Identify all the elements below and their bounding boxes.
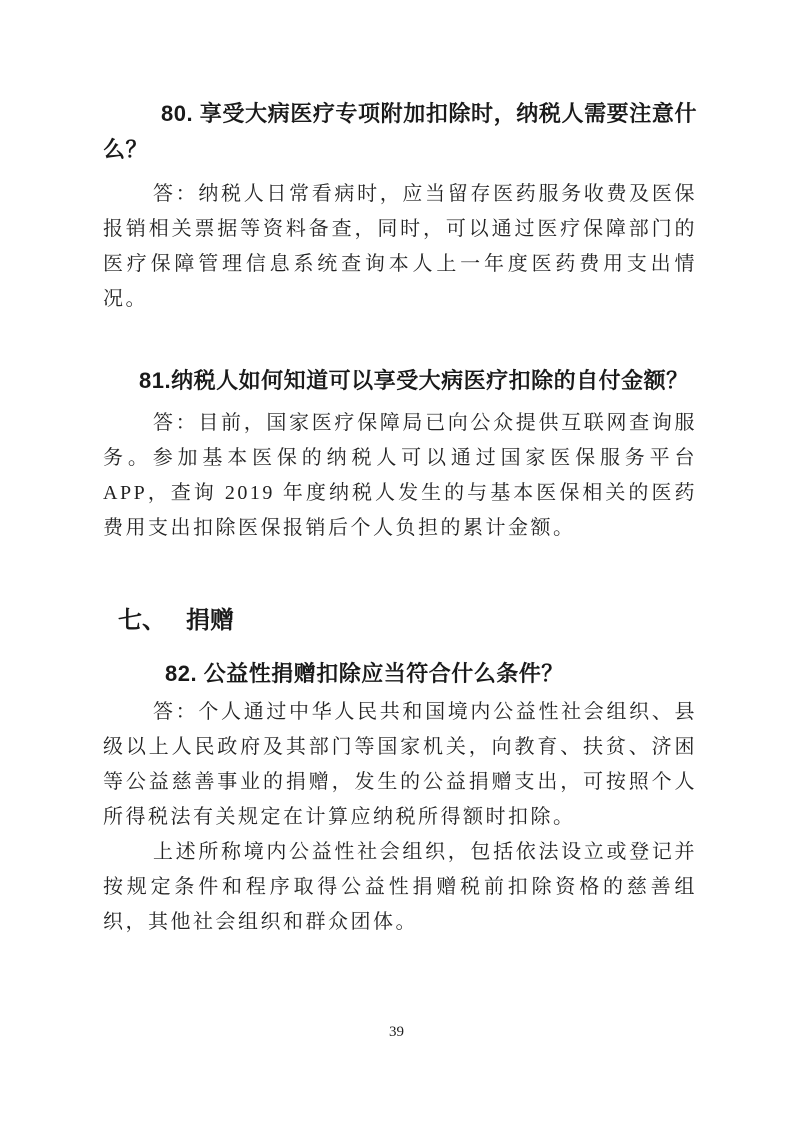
answer-82-paragraph-2: 上述所称境内公益性社会组织，包括依法设立或登记并按规定条件和程序取得公益性捐赠税… [103,835,697,940]
answer-82-paragraph-1: 答：个人通过中华人民共和国境内公益性社会组织、县级以上人民政府及其部门等国家机关… [103,695,697,835]
section-number: 七、 [118,607,166,634]
page-content: 80. 享受大病医疗专项附加扣除时，纳税人需要注意什么？ 答：纳税人日常看病时，… [103,0,697,940]
answer-81-paragraph: 答：目前，国家医疗保障局已向公众提供互联网查询服务。参加基本医保的纳税人可以通过… [103,406,697,546]
question-80-heading: 80. 享受大病医疗专项附加扣除时，纳税人需要注意什么？ [103,96,697,168]
section-heading-donations: 七、捐赠 [103,602,697,640]
document-page: 80. 享受大病医疗专项附加扣除时，纳税人需要注意什么？ 答：纳税人日常看病时，… [0,0,793,1122]
answer-80-paragraph: 答：纳税人日常看病时，应当留存医药服务收费及医保报销相关票据等资料备查，同时，可… [103,177,697,317]
section-title: 捐赠 [186,607,234,634]
question-81-heading: 81.纳税人如何知道可以享受大病医疗扣除的自付金额？ [103,363,697,399]
question-82-heading: 82. 公益性捐赠扣除应当符合什么条件？ [103,656,697,692]
page-number: 39 [0,1022,793,1042]
